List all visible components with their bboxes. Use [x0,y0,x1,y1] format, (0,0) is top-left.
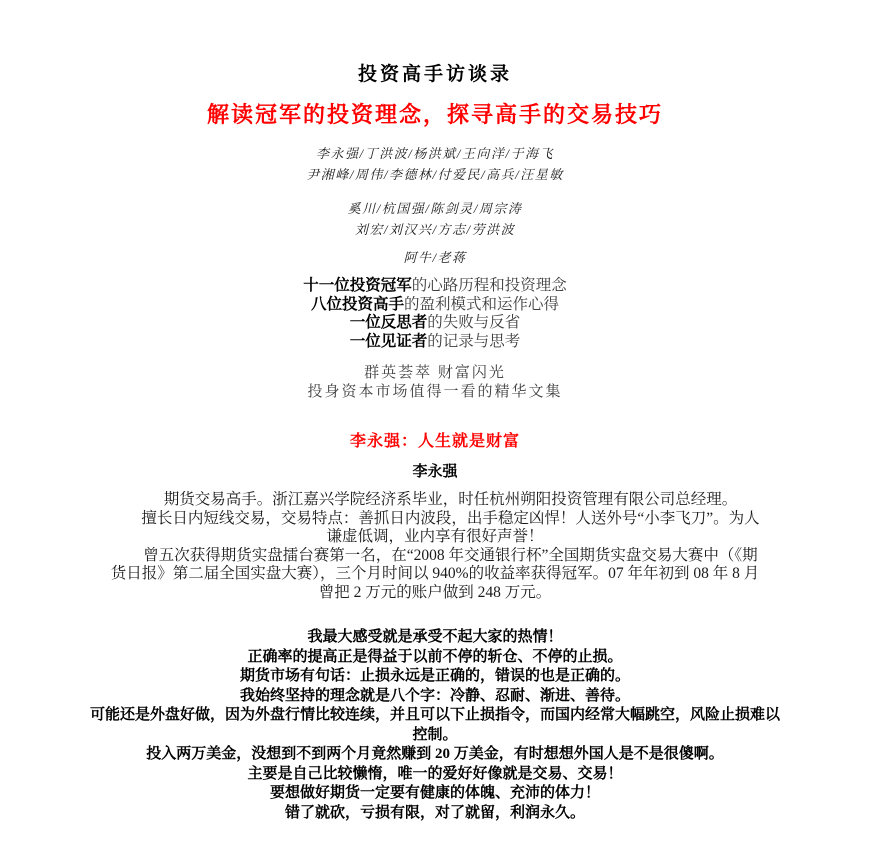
author-group-1: 李永强/丁洪波/杨洪斌/王向洋/于海飞 尹湘峰/周伟/李德林/付爱民/高兵/汪星… [0,143,870,185]
highlight-bold-text: 一位反思者 [350,314,428,331]
highlight-bold-text: 十一位投资冠军 [303,277,412,294]
bio-paragraph: 曾五次获得期货实盘擂台赛第一名，在“2008 年交通银行杯”全国期货实盘交易大赛… [105,547,765,603]
quote-line: 要想做好期货一定要有健康的体魄、充沛的体力！ [85,784,785,804]
quote-line: 投入两万美金，没想到不到两个月竟然赚到 20 万美金，有时想想外国人是不是很傻啊… [85,745,785,765]
author-group-2: 奚川/杭国强/陈剑灵/周宗涛 刘宏/刘汉兴/方志/劳洪波 [0,198,870,240]
biography: 期货交易高手。浙江嘉兴学院经济系毕业，时任杭州朔阳投资管理有限公司总经理。 擅长… [105,491,765,602]
author-line: 刘宏/刘汉兴/方志/劳洪波 [0,219,870,240]
highlight-bold-text: 一位见证者 [350,333,428,350]
highlight-line: 十一位投资冠军的心路历程和投资理念 [0,277,870,296]
author-line: 奚川/杭国强/陈剑灵/周宗涛 [0,198,870,219]
author-line: 阿牛/老蒋 [0,247,870,268]
document-page: 投资高手访谈录 解读冠军的投资理念，探寻高手的交易技巧 李永强/丁洪波/杨洪斌/… [0,0,870,842]
highlight-bold-text: 八位投资高手 [311,296,404,313]
highlight-rest-text: 的心路历程和投资理念 [412,277,567,294]
quote-line: 正确率的提高正是得益于以前不停的斩仓、不停的止损。 [85,648,785,668]
quote-line: 主要是自己比较懒惰，唯一的爱好好像就是交易、交易！ [85,765,785,785]
bio-paragraph: 期货交易高手。浙江嘉兴学院经济系毕业，时任杭州朔阳投资管理有限公司总经理。 [105,491,765,510]
author-line: 李永强/丁洪波/杨洪斌/王向洋/于海飞 [0,143,870,164]
quote-line: 期货市场有句话：止损永远是正确的，错误的也是正确的。 [85,667,785,687]
tagline-line: 投身资本市场值得一看的精华文集 [0,383,870,402]
person-name: 李永强 [0,460,870,481]
highlight-rest-text: 的盈利模式和运作心得 [404,296,559,313]
quote-line: 可能还是外盘好做，因为外盘行情比较连续，并且可以下止损指令，而国内经常大幅跳空，… [85,706,785,745]
highlight-line: 一位见证者的记录与思考 [0,333,870,352]
quote-list: 我最大感受就是承受不起大家的热情！ 正确率的提高正是得益于以前不停的斩仓、不停的… [85,628,785,823]
document-title: 投资高手访谈录 [0,0,870,88]
bio-paragraph: 擅长日内短线交易，交易特点：善抓日内波段，出手稳定凶悍！人送外号“小李飞刀”。为… [105,510,765,547]
author-line: 尹湘峰/周伟/李德林/付爱民/高兵/汪星敏 [0,164,870,185]
book-highlights: 十一位投资冠军的心路历程和投资理念 八位投资高手的盈利模式和运作心得 一位反思者… [0,277,870,351]
highlight-rest-text: 的记录与思考 [427,333,520,350]
tagline-line: 群英荟萃 财富闪光 [0,364,870,383]
document-subtitle: 解读冠军的投资理念，探寻高手的交易技巧 [0,101,870,129]
author-group-3: 阿牛/老蒋 [0,247,870,268]
quote-line: 我最大感受就是承受不起大家的热情！ [85,628,785,648]
quote-line: 错了就砍，亏损有限，对了就留，利润永久。 [85,804,785,824]
highlight-line: 八位投资高手的盈利模式和运作心得 [0,296,870,315]
chapter-heading: 李永强：人生就是财富 [0,428,870,451]
quote-line: 我始终坚持的理念就是八个字：冷静、忍耐、渐进、善待。 [85,687,785,707]
highlight-rest-text: 的失败与反省 [427,314,520,331]
book-tagline: 群英荟萃 财富闪光 投身资本市场值得一看的精华文集 [0,364,870,402]
highlight-line: 一位反思者的失败与反省 [0,314,870,333]
